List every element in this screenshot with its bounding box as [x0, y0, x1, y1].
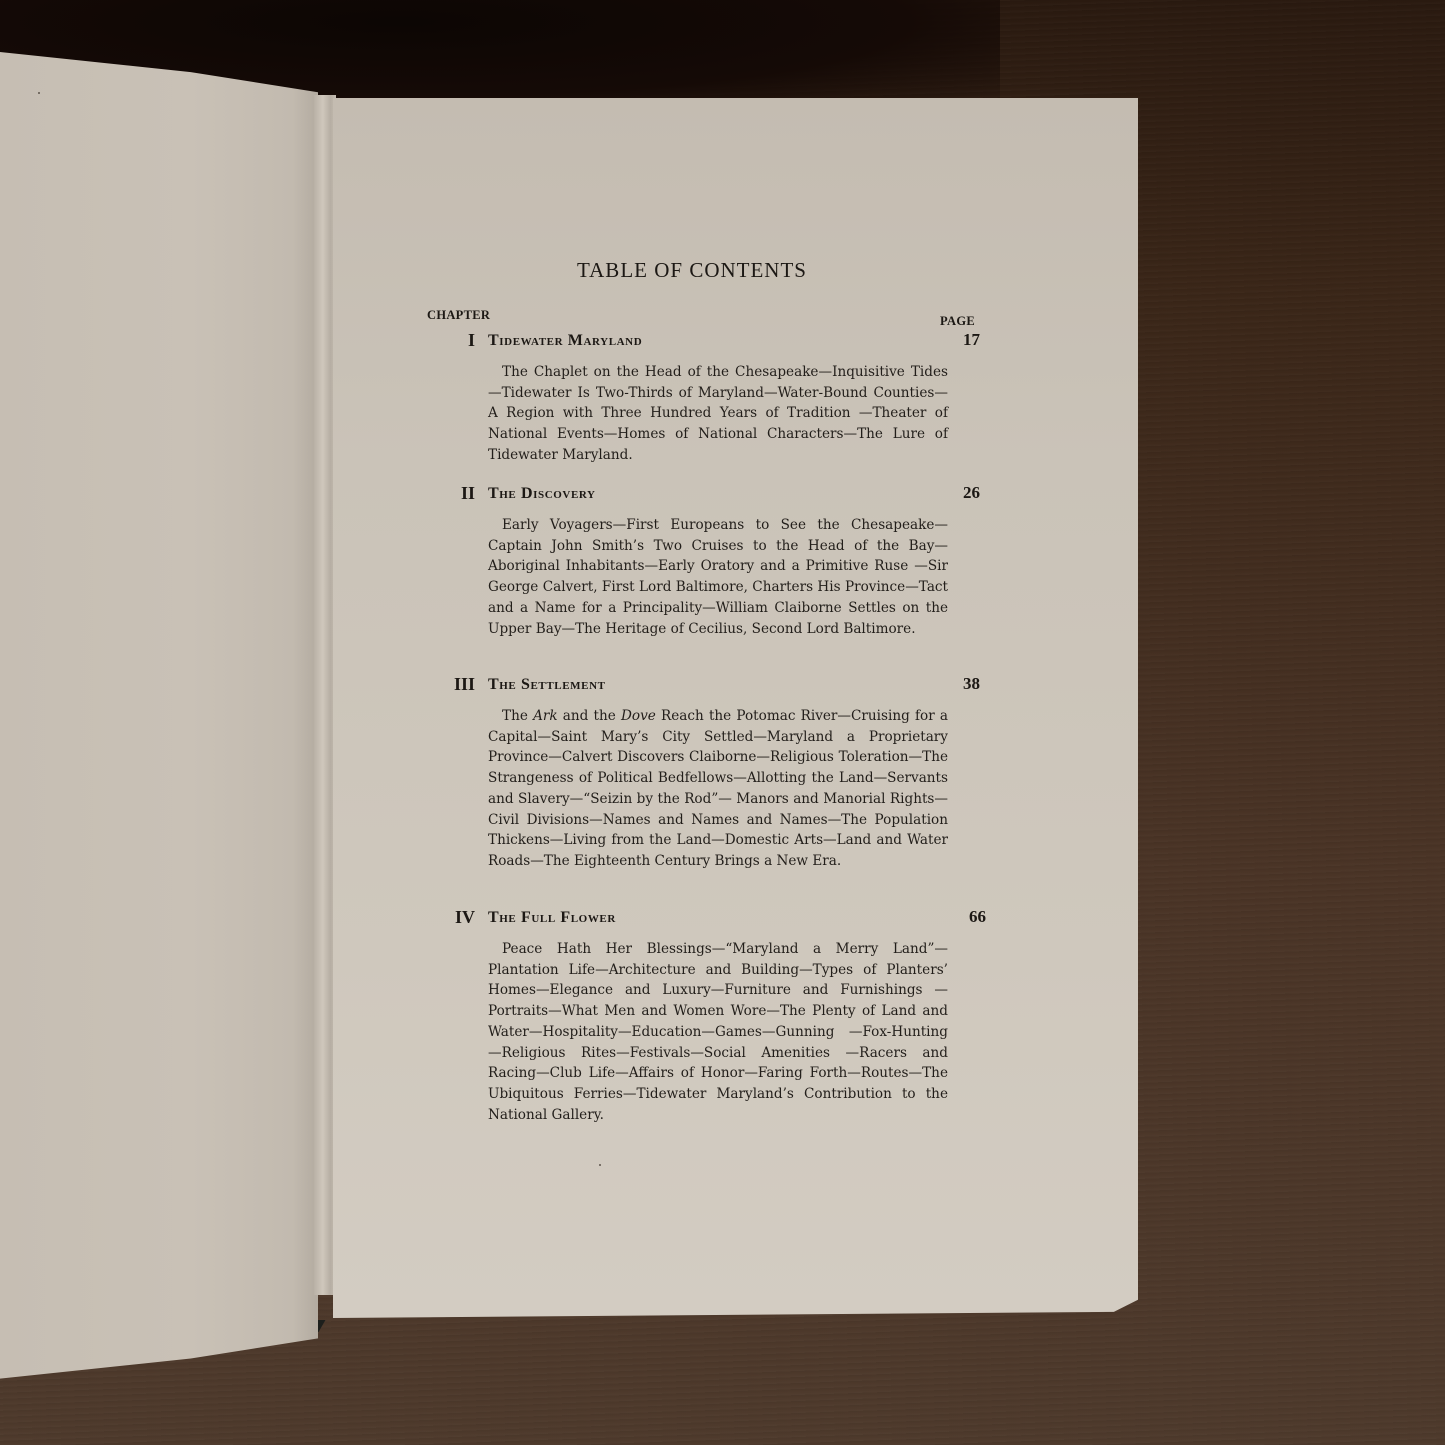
summary-text: and the [558, 708, 621, 724]
chapter-number: IV [455, 907, 475, 928]
chapter-heading: I Tidewater Maryland 17 [333, 330, 1138, 356]
chapter-page-number: 17 [963, 330, 980, 350]
chapter-heading: IV The Full Flower 66 [333, 907, 1138, 933]
right-page-table-of-contents: TABLE OF CONTENTS CHAPTER PAGE I Tidewat… [333, 98, 1138, 1318]
chapter-summary: Peace Hath Her Blessings—“Maryland a Mer… [488, 939, 948, 1125]
page-column-label: PAGE [940, 314, 975, 329]
chapter-summary: The Chaplet on the Head of the Chesapeak… [488, 362, 948, 466]
chapter-page-number: 26 [963, 483, 980, 503]
paper-speck [599, 1164, 601, 1166]
chapter-number: I [468, 330, 475, 351]
toc-entry-chapter-4: IV The Full Flower 66 Peace Hath Her Ble… [333, 907, 1138, 933]
paper-speck [38, 92, 40, 94]
book-gutter [314, 95, 336, 1295]
chapter-title: The Discovery [488, 485, 596, 503]
chapter-title: The Settlement [488, 676, 606, 694]
chapter-summary: The Ark and the Dove Reach the Potomac R… [488, 706, 948, 872]
chapter-title: The Full Flower [488, 909, 616, 927]
page-content: TABLE OF CONTENTS CHAPTER PAGE I Tidewat… [333, 98, 1138, 1318]
toc-entry-chapter-1: I Tidewater Maryland 17 The Chaplet on t… [333, 330, 1138, 356]
left-blank-page [0, 52, 318, 1392]
ship-name-dove: Dove [621, 708, 656, 724]
chapter-heading: II The Discovery 26 [333, 483, 1138, 509]
page-title: TABLE OF CONTENTS [333, 258, 1138, 283]
chapter-page-number: 66 [969, 907, 986, 927]
chapter-column-label: CHAPTER [427, 308, 490, 323]
ship-name-ark: Ark [533, 708, 558, 724]
chapter-heading: III The Settlement 38 [333, 674, 1138, 700]
toc-entry-chapter-2: II The Discovery 26 Early Voyagers—First… [333, 483, 1138, 509]
toc-entry-chapter-3: III The Settlement 38 The Ark and the Do… [333, 674, 1138, 700]
summary-text: The [502, 708, 533, 724]
chapter-number: III [454, 674, 475, 695]
summary-text: Reach the Potomac River—Cruising for a C… [488, 708, 948, 869]
chapter-title: Tidewater Maryland [488, 332, 642, 350]
chapter-summary: Early Voyagers—First Europeans to See th… [488, 515, 948, 639]
chapter-number: II [461, 483, 475, 504]
chapter-page-number: 38 [963, 674, 980, 694]
